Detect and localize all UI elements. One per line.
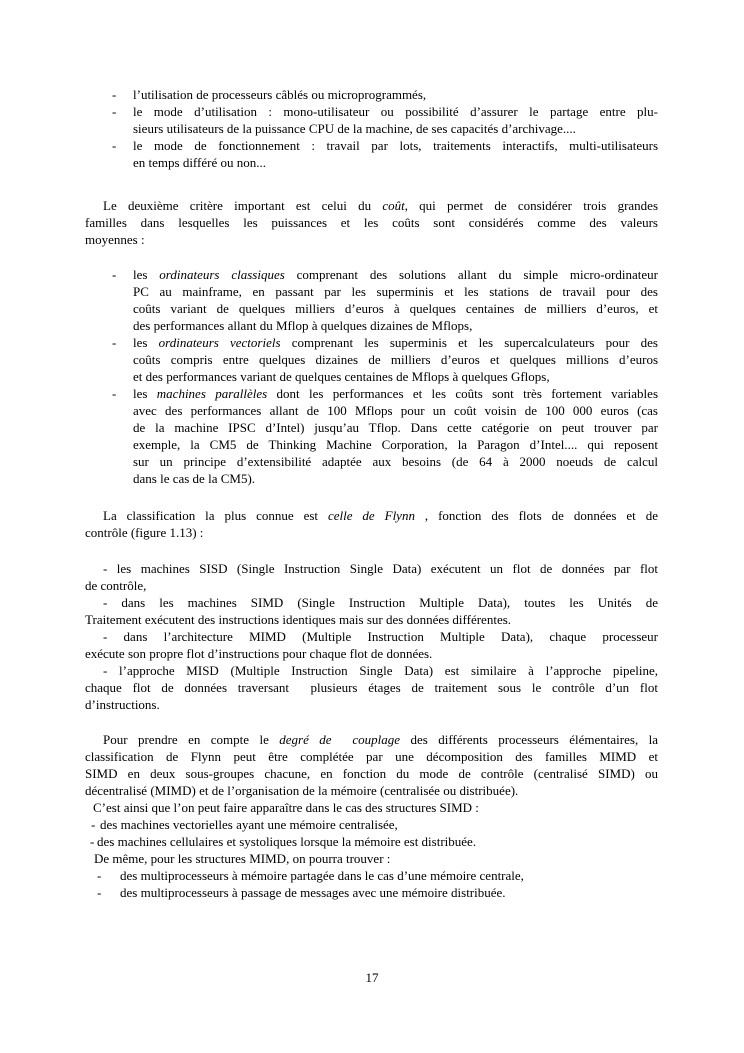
list-dash: - xyxy=(97,867,120,884)
list-dash: - xyxy=(97,884,120,901)
body-text: le mode de fonctionnement : travail par … xyxy=(133,138,658,153)
body-text: Traitement exécutent des instructions id… xyxy=(85,612,511,627)
text-line: - les machines SISD (Single Instruction … xyxy=(103,560,658,577)
body-text: chaque flot de données traversant plusie… xyxy=(85,680,658,695)
body-text: et des performances variant de quelques … xyxy=(133,369,550,384)
list-dash: - xyxy=(112,266,133,283)
text-line: -les ordinateurs vectoriels comprenant l… xyxy=(112,334,658,351)
body-text: dont les performances et les coûts sont … xyxy=(267,386,658,401)
text-line: en temps différé ou non... xyxy=(133,154,658,171)
flynn-categories: - les machines SISD (Single Instruction … xyxy=(85,560,658,713)
list-dash: - xyxy=(112,86,133,103)
body-text: Pour prendre en compte le xyxy=(103,732,279,747)
text-line: -des multiprocesseurs à passage de messa… xyxy=(97,884,658,901)
body-text: - dans les machines SIMD (Single Instruc… xyxy=(103,595,658,610)
text-line: -des machines vectorielles ayant une mém… xyxy=(91,816,658,833)
text-line: -les ordinateurs classiques comprenant d… xyxy=(112,266,658,283)
text-line: de la machine IPSC d’Intel) jusqu’au Tfl… xyxy=(133,419,658,436)
text-line: moyennes : xyxy=(85,231,658,248)
body-text: - l’approche MISD (Multiple Instruction … xyxy=(103,663,658,678)
text-line: De même, pour les structures MIMD, on po… xyxy=(94,850,658,867)
text-line: et des performances variant de quelques … xyxy=(133,368,658,385)
text-line: -des multiprocesseurs à mémoire partagée… xyxy=(97,867,658,884)
text-line: d’instructions. xyxy=(85,696,658,713)
text-line: familles dans lesquelles les puissances … xyxy=(85,214,658,231)
body-text: des multiprocesseurs à passage de messag… xyxy=(120,885,506,900)
body-text: de contrôle, xyxy=(85,578,146,593)
emphasized-text: celle de Flynn xyxy=(328,508,415,523)
text-line: avec des performances allant de 100 Mflo… xyxy=(133,402,658,419)
flynn-paragraph: La classification la plus connue est cel… xyxy=(85,507,658,541)
coupling-section: Pour prendre en compte le degré de coupl… xyxy=(85,731,658,901)
body-text: La classification la plus connue est xyxy=(103,508,328,523)
body-text: contrôle (figure 1.13) : xyxy=(85,525,203,540)
text-line: -l’utilisation de processeurs câblés ou … xyxy=(112,86,658,103)
body-text: sieurs utilisateurs de la puissance CPU … xyxy=(133,121,576,136)
page-number: 17 xyxy=(366,970,379,985)
text-line: sieurs utilisateurs de la puissance CPU … xyxy=(133,120,658,137)
body-text: De même, pour les structures MIMD, on po… xyxy=(94,851,390,866)
intro-bullets: -l’utilisation de processeurs câblés ou … xyxy=(85,86,658,171)
body-text: C’est ainsi que l’on peut faire apparaît… xyxy=(93,800,479,815)
body-text: des différents processeurs élémentaires,… xyxy=(400,732,658,747)
text-line: Traitement exécutent des instructions id… xyxy=(85,611,658,628)
text-line: - l’approche MISD (Multiple Instruction … xyxy=(103,662,658,679)
body-text: , fonction des flots de données et de xyxy=(415,508,658,523)
body-text: d’instructions. xyxy=(85,697,160,712)
body-text: dans le cas de la CM5). xyxy=(133,471,255,486)
emphasized-text: degré de couplage xyxy=(279,732,400,747)
body-text: des machines cellulaires et systoliques … xyxy=(97,834,476,849)
text-line: coûts compris entre quelques dizaines de… xyxy=(133,351,658,368)
text-line: C’est ainsi que l’on peut faire apparaît… xyxy=(93,799,658,816)
body-text: les xyxy=(133,335,159,350)
body-text: familles dans lesquelles les puissances … xyxy=(85,215,658,230)
body-text: en temps différé ou non... xyxy=(133,155,266,170)
document-page: -l’utilisation de processeurs câblés ou … xyxy=(0,0,744,1053)
body-text: moyennes : xyxy=(85,232,145,247)
list-dash: - xyxy=(112,385,133,402)
body-text: PC au mainframe, en passant par les supe… xyxy=(133,284,658,299)
text-line: -des machines cellulaires et systoliques… xyxy=(90,833,658,850)
text-line: des performances allant du Mflop à quelq… xyxy=(133,317,658,334)
body-text: des machines vectorielles ayant une mémo… xyxy=(100,817,398,832)
text-line: chaque flot de données traversant plusie… xyxy=(85,679,658,696)
cost-paragraph: Le deuxième critère important est celui … xyxy=(85,197,658,248)
list-dash: - xyxy=(112,137,133,154)
body-text: exécute son propre flot d’instructions p… xyxy=(85,646,432,661)
body-text: des multiprocesseurs à mémoire partagée … xyxy=(120,868,524,883)
body-text: classification de Flynn peut être complé… xyxy=(85,749,658,764)
list-dash: - xyxy=(112,334,133,351)
body-text: - dans l’architecture MIMD (Multiple Ins… xyxy=(103,629,658,644)
emphasized-text: machines parallèles xyxy=(157,386,267,401)
body-text: - les machines SISD (Single Instruction … xyxy=(103,561,658,576)
body-text: coûts variant de quelques milliers d’eur… xyxy=(133,301,658,316)
body-text: sur un principe d’extensibilité adaptée … xyxy=(133,454,658,469)
text-line: de contrôle, xyxy=(85,577,658,594)
text-line: classification de Flynn peut être complé… xyxy=(85,748,658,765)
emphasized-text: coût xyxy=(382,198,404,213)
body-text: coûts compris entre quelques dizaines de… xyxy=(133,352,658,367)
text-line: -le mode de fonctionnement : travail par… xyxy=(112,137,658,154)
body-text: le mode d’utilisation : mono-utilisateur… xyxy=(133,104,658,119)
body-text: les xyxy=(133,386,157,401)
body-text: Le deuxième critère important est celui … xyxy=(103,198,382,213)
page-footer: 17 xyxy=(0,969,744,986)
body-text: des performances allant du Mflop à quelq… xyxy=(133,318,472,333)
text-line: décentralisé (MIMD) et de l’organisation… xyxy=(85,782,658,799)
text-line: PC au mainframe, en passant par les supe… xyxy=(133,283,658,300)
text-content: -l’utilisation de processeurs câblés ou … xyxy=(85,86,658,901)
body-text: exemple, la CM5 de Thinking Machine Corp… xyxy=(133,437,658,452)
list-dash: - xyxy=(91,816,100,833)
list-dash: - xyxy=(112,103,133,120)
text-line: Le deuxième critère important est celui … xyxy=(103,197,658,214)
body-text: comprenant les superminis et les superca… xyxy=(281,335,658,350)
text-line: SIMD en deux sous-groupes chacune, en fo… xyxy=(85,765,658,782)
text-line: -le mode d’utilisation : mono-utilisateu… xyxy=(112,103,658,120)
body-text: de la machine IPSC d’Intel) jusqu’au Tfl… xyxy=(133,420,658,435)
body-text: les xyxy=(133,267,159,282)
body-text: comprenant des solutions allant du simpl… xyxy=(285,267,658,282)
text-line: -les machines parallèles dont les perfor… xyxy=(112,385,658,402)
text-line: sur un principe d’extensibilité adaptée … xyxy=(133,453,658,470)
text-line: dans le cas de la CM5). xyxy=(133,470,658,487)
body-text: , qui permet de considérer trois grandes xyxy=(405,198,658,213)
families-bullets: -les ordinateurs classiques comprenant d… xyxy=(85,266,658,487)
text-line: contrôle (figure 1.13) : xyxy=(85,524,658,541)
text-line: exécute son propre flot d’instructions p… xyxy=(85,645,658,662)
text-line: Pour prendre en compte le degré de coupl… xyxy=(103,731,658,748)
list-dash: - xyxy=(90,833,97,850)
text-line: exemple, la CM5 de Thinking Machine Corp… xyxy=(133,436,658,453)
body-text: décentralisé (MIMD) et de l’organisation… xyxy=(85,783,518,798)
body-text: l’utilisation de processeurs câblés ou m… xyxy=(133,87,426,102)
body-text: SIMD en deux sous-groupes chacune, en fo… xyxy=(85,766,658,781)
emphasized-text: ordinateurs classiques xyxy=(159,267,284,282)
text-line: coûts variant de quelques milliers d’eur… xyxy=(133,300,658,317)
text-line: - dans les machines SIMD (Single Instruc… xyxy=(103,594,658,611)
emphasized-text: ordinateurs vectoriels xyxy=(159,335,281,350)
body-text: avec des performances allant de 100 Mflo… xyxy=(133,403,658,418)
text-line: La classification la plus connue est cel… xyxy=(103,507,658,524)
text-line: - dans l’architecture MIMD (Multiple Ins… xyxy=(103,628,658,645)
